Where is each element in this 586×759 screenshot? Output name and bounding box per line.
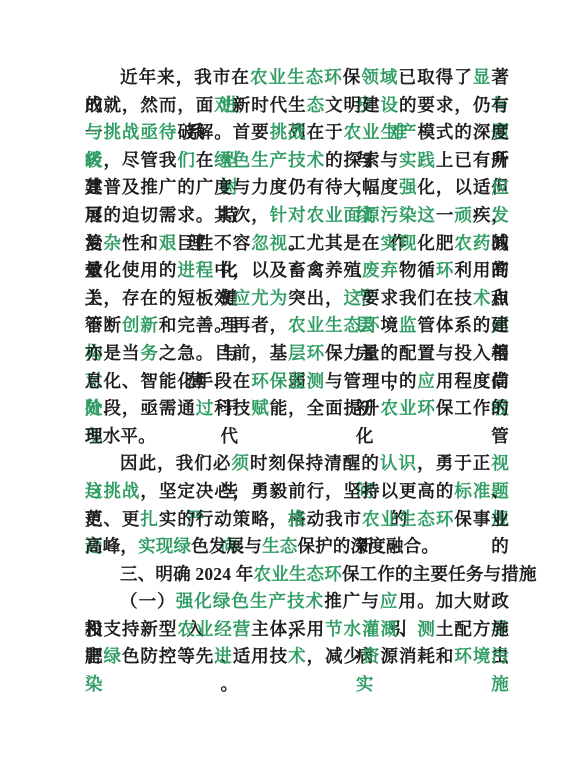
text-line: 不断创新和完善。再者，农业生态环境监管体系的建构与完善 <box>85 312 509 340</box>
text-run: 色发展与 <box>191 536 262 556</box>
highlighted-text-run: 实施 <box>356 674 509 694</box>
highlighted-text-run: 赋 <box>251 398 269 418</box>
text-run: 境 <box>381 315 399 335</box>
text-line: 阶段，亟需通过科技赋能，全面提升农业环保工作的现代化管 <box>85 395 509 423</box>
highlighted-text-run: 强 <box>399 177 417 197</box>
text-run: 化肥 <box>417 233 454 253</box>
highlighted-text-run: 推 <box>288 509 306 529</box>
text-run: 其普及推广的广度与力度仍有待大幅度 <box>85 177 399 197</box>
highlighted-text-run: 农业生产 <box>344 122 418 142</box>
text-run: 适用技 <box>233 646 288 666</box>
text-run: 保护的深度融合。 <box>297 536 439 556</box>
highlighted-text-run: 实现 <box>380 233 417 253</box>
text-run: 用程度尚 <box>436 371 509 391</box>
body-paragraph: 近年来，我市在农业生态环保领域已取得了显著的进步与成就，然而，面对新时代生态文明… <box>85 64 509 450</box>
highlighted-text-run: 显 <box>473 67 492 87</box>
highlighted-text-run: 环保监测 <box>251 371 325 391</box>
section-heading: 三、明确 2024 年农业生态环保工作的主要任务与措施 <box>85 561 509 589</box>
text-line: 级，尽管我们在绿色生产技术的探索与实践上已有所建树，但 <box>85 147 509 175</box>
text-run: 高峰， <box>85 536 138 556</box>
text-run: 理水平。 <box>85 426 156 446</box>
text-run: 已取得了 <box>399 67 473 87</box>
text-run: 。尤其是在 <box>288 233 380 253</box>
document-page: 近年来，我市在农业生态环保领域已取得了显著的进步与成就，然而，面对新时代生态文明… <box>0 0 586 759</box>
text-line: 与挑战亟待破解。首要挑战在于农业生产模式的深度转型与升 <box>85 119 509 147</box>
text-run: （一） <box>120 591 176 611</box>
document-text-area: 近年来，我市在农业生态环保领域已取得了显著的进步与成就，然而，面对新时代生态文明… <box>85 64 509 671</box>
highlighted-text-run: 过 <box>196 398 214 418</box>
highlighted-text-run: 绿 <box>103 646 121 666</box>
text-run: 物循 <box>399 260 436 280</box>
text-run: 在 <box>196 150 214 170</box>
highlighted-text-run: 挑战 <box>270 122 307 142</box>
text-line: 其普及推广的广度与力度仍有待大幅度强化，以适应可持续发 <box>85 174 509 202</box>
highlighted-text-run: 认识 <box>380 453 417 473</box>
text-run: 源消耗和 <box>380 646 454 666</box>
highlighted-text-run: 资 <box>362 646 380 666</box>
text-run: 保事业 <box>454 509 509 529</box>
text-run: 性和 <box>122 233 159 253</box>
highlighted-text-run: 监 <box>399 315 417 335</box>
body-paragraph: （一）强化绿色生产技术推广与应用。加大财政投入，引导和支持新型农业经营主体采用节… <box>85 588 509 671</box>
text-run: 代化管 <box>220 426 509 446</box>
text-run: 保 <box>343 67 362 87</box>
text-line: 效化使用的进程中，以及畜禽养殖废弃物循环利用的关键节点 <box>85 257 509 285</box>
text-line: 害绿色防控等先进适用技术，减少资源消耗和环境污染。实施 <box>85 643 509 671</box>
text-line: 亦是当务之急。目前，基层环保力量的配置与投入相对薄弱，信 <box>85 340 509 368</box>
highlighted-text-run: 与挑战亟待 <box>85 122 177 142</box>
text-run: 要求我们在技 <box>362 288 473 308</box>
text-run: 色防控等先 <box>122 646 214 666</box>
text-run: 时刻保持清醒的 <box>250 453 380 473</box>
text-run: 一 <box>436 205 454 225</box>
text-run: 近年来，我市在 <box>120 67 250 87</box>
text-run: 保工作的 <box>436 398 509 418</box>
highlighted-text-run: 创新 <box>122 315 159 335</box>
text-run: 中，以及畜禽养殖 <box>214 260 362 280</box>
highlighted-text-run: 设 <box>380 95 398 115</box>
text-run: 新时代生 <box>233 95 307 115</box>
highlighted-text-run: 节水灌溉 <box>325 619 399 639</box>
highlighted-text-run: 层环 <box>288 343 325 363</box>
highlighted-text-run: 农业生态环 <box>288 315 380 335</box>
text-run: 展的迫切需求。其次， <box>85 205 270 225</box>
text-line: 展的迫切需求。其次，针对农业面源污染这一顽疾，治理工作的 <box>85 202 509 230</box>
highlighted-text-run: 这 <box>344 288 362 308</box>
highlighted-text-run: 级 <box>85 150 103 170</box>
text-run: 动我市 <box>307 509 362 529</box>
highlighted-text-run: 农业环 <box>381 398 436 418</box>
highlighted-text-run: 应 <box>417 371 435 391</box>
highlighted-text-run: 应 <box>491 177 509 197</box>
text-run: ，减少 <box>307 646 362 666</box>
text-run: 的探索与 <box>325 150 399 170</box>
text-run: 能，全面提升 <box>270 398 381 418</box>
text-run: 模式的深度 <box>417 122 509 142</box>
text-line: 范、更扎实的行动策略，推动我市农业生态环保事业迈向新的 <box>85 506 509 534</box>
text-run: 复 <box>85 233 103 253</box>
text-line: 复杂性和艰巨性不容忽视。尤其是在实现化肥农药减量化、高 <box>85 230 509 258</box>
text-line: 息化、智能化手段在环保监测与管理中的应用程度尚处于初级 <box>85 368 509 396</box>
highlighted-text-run: 顽 <box>454 205 472 225</box>
text-run: 段，亟需通 <box>103 398 195 418</box>
text-run: 与管理中的 <box>325 371 417 391</box>
highlighted-text-run: 针对农业面源污染这 <box>270 205 436 225</box>
text-run: 息化、智能化手段在 <box>85 371 251 391</box>
text-run: 成就，然而，面 <box>85 95 214 115</box>
highlighted-text-run: 务 <box>140 343 158 363</box>
text-run: 因此，我们必 <box>120 453 231 473</box>
text-run: ，尽管我 <box>103 150 177 170</box>
text-run: 保力量的配置与投入相 <box>325 343 509 363</box>
highlighted-text-run: 农业经营 <box>177 619 251 639</box>
highlighted-text-run: 术 <box>473 288 491 308</box>
highlighted-text-run: 农业生态环 <box>362 509 454 529</box>
text-line: 成就，然而，面对新时代生态文明建设的要求，仍有一系列难题 <box>85 92 509 120</box>
highlighted-text-run: 们 <box>177 150 195 170</box>
highlighted-text-run: 与挑战 <box>85 481 140 501</box>
body-paragraph: 因此，我们必须时刻保持清醒的认识，勇于正视这些问题与挑战，坚定决心，勇毅前行，坚… <box>85 450 509 560</box>
text-line: 上，存在的短板效应尤为突出，这要求我们在技术和管理层面 <box>85 285 509 313</box>
highlighted-text-run: 艰 <box>159 233 177 253</box>
text-line: 因此，我们必须时刻保持清醒的认识，勇于正视这些问题 <box>85 450 509 478</box>
text-run: 亦是当 <box>85 343 140 363</box>
highlighted-text-run: 环 <box>436 260 454 280</box>
text-run: ，坚定决心，勇毅前行，坚持以更高的 <box>140 481 454 501</box>
text-run: 害 <box>85 646 103 666</box>
text-run: 实的行动策略， <box>159 509 288 529</box>
text-run: 不断 <box>85 315 122 335</box>
highlighted-text-run: 忽视 <box>251 233 288 253</box>
highlighted-text-run: 农业生态环 <box>253 564 342 584</box>
text-run: 三、明确 2024 年 <box>120 564 253 584</box>
text-run: 保工作的主要任务与措施 <box>342 564 537 584</box>
highlighted-text-run: 态 <box>307 95 325 115</box>
text-line: 与挑战，坚定决心，勇毅前行，坚持以更高的标准、更严格的规 <box>85 478 509 506</box>
text-run: 之急。目前，基 <box>159 343 288 363</box>
highlighted-text-run: 阶 <box>85 398 103 418</box>
text-run: 推广与 <box>324 591 380 611</box>
text-run: 和支持新型 <box>85 619 177 639</box>
highlighted-text-run: 扎 <box>140 509 158 529</box>
highlighted-text-run: 应 <box>380 591 399 611</box>
highlighted-text-run: 对 <box>214 95 232 115</box>
text-run: 破解。首要 <box>177 122 269 142</box>
text-run: ，勇于正 <box>417 453 491 473</box>
highlighted-text-run: 应尤为 <box>233 288 288 308</box>
text-run: 管体系的建 <box>417 315 509 335</box>
highlighted-text-run: 须 <box>231 453 250 473</box>
highlighted-text-run: 农业生态环 <box>250 67 343 87</box>
text-run: 文明建 <box>325 95 380 115</box>
highlighted-text-run: 实践 <box>399 150 436 170</box>
highlighted-text-run: 进 <box>214 646 232 666</box>
text-run: 在于 <box>307 122 344 142</box>
highlighted-text-run: 绿色生产技术 <box>214 150 325 170</box>
text-run: 科技 <box>214 398 251 418</box>
text-run: 主体采用 <box>251 619 325 639</box>
highlighted-text-run: 农药 <box>454 233 491 253</box>
highlighted-text-run: 实现绿 <box>138 536 191 556</box>
text-run: 效化使用的 <box>85 260 177 280</box>
highlighted-text-run: 生态 <box>262 536 297 556</box>
text-run: 化，以适 <box>417 177 491 197</box>
highlighted-text-run: 术 <box>288 646 306 666</box>
highlighted-text-run: 强化绿色生产技术 <box>176 591 325 611</box>
text-run: 突出， <box>288 288 343 308</box>
text-line: 三、明确 2024 年农业生态环保工作的主要任务与措施 <box>85 561 509 589</box>
highlighted-text-run: 废弃 <box>362 260 399 280</box>
text-line: 近年来，我市在农业生态环保领域已取得了显著的进步与 <box>85 64 509 92</box>
text-run: 和完善。再者， <box>159 315 288 335</box>
text-line: 和支持新型农业经营主体采用节水灌溉、测土配方施肥、病虫 <box>85 616 509 644</box>
highlighted-text-run: 领域 <box>361 67 398 87</box>
highlighted-text-run: 杂 <box>103 233 121 253</box>
text-run: 上，存在的短板效 <box>85 288 233 308</box>
text-run: 巨性不容 <box>177 233 251 253</box>
text-run: 、 <box>399 619 417 639</box>
text-run: 。 <box>220 674 355 694</box>
text-line: （一）强化绿色生产技术推广与应用。加大财政投入，引导 <box>85 588 509 616</box>
highlighted-text-run: 进程 <box>177 260 214 280</box>
highlighted-text-run: 测 <box>417 619 435 639</box>
highlighted-text-run: 标准 <box>454 481 491 501</box>
text-run: 范、更 <box>85 509 140 529</box>
